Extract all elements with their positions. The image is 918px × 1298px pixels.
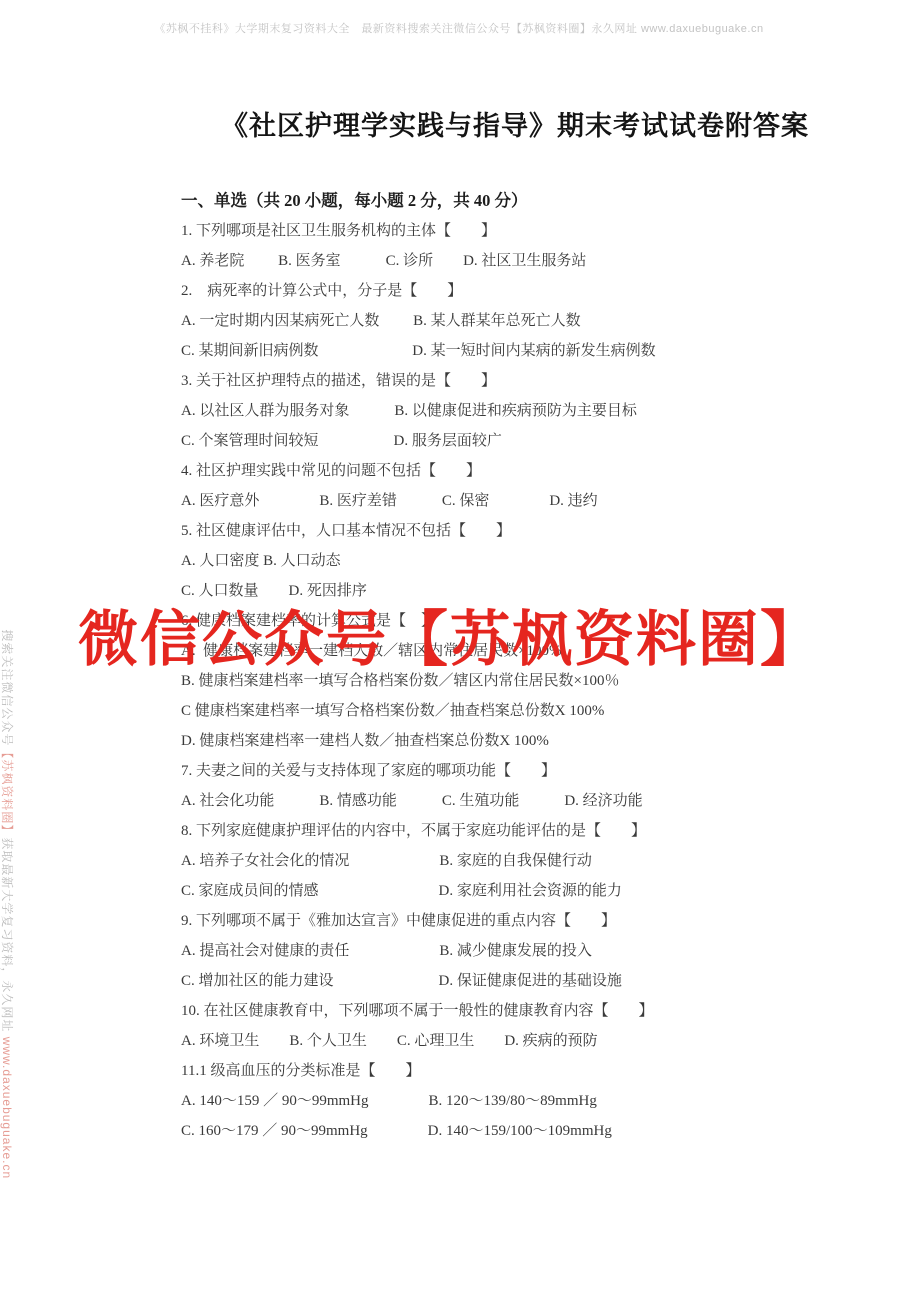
option-line: C. 家庭成员间的情感 D. 家庭利用社会资源的能力	[181, 876, 781, 906]
question-stem: 9. 下列哪项不属于《雅加达宣言》中健康促进的重点内容【 】	[181, 906, 781, 936]
question-stem: 4. 社区护理实践中常见的问题不包括【 】	[181, 456, 781, 486]
option-line: A. 医疗意外 B. 医疗差错 C. 保密 D. 违约	[181, 486, 781, 516]
question-stem: 11.1 级高血压的分类标准是【 】	[181, 1056, 781, 1086]
question-stem: 8. 下列家庭健康护理评估的内容中，不属于家庭功能评估的是【 】	[181, 816, 781, 846]
option-line: C. 某期间新旧病例数 D. 某一短时间内某病的新发生病例数	[181, 336, 781, 366]
option-line: A. 社会化功能 B. 情感功能 C. 生殖功能 D. 经济功能	[181, 786, 781, 816]
option-line: C. 增加社区的能力建设 D. 保证健康促进的基础设施	[181, 966, 781, 996]
option-line: A. 140～159 ／ 90～99mmHg B. 120～139/80～89m…	[181, 1086, 781, 1116]
option-line: A. 人口密度 B. 人口动态	[181, 546, 781, 576]
option-line: C. 个案管理时间较短 D. 服务层面较广	[181, 426, 781, 456]
option-line: D. 健康档案建档率一建档人数／抽查档案总份数X 100%	[181, 726, 781, 756]
question-stem: 2. 病死率的计算公式中，分子是【 】	[181, 276, 781, 306]
side-note: 搜索关注微信公众号【苏枫资料圈】获取最新大学复习资料，永久网址 www.daxu…	[0, 612, 30, 1179]
question-stem: 3. 关于社区护理特点的描述，错误的是【 】	[181, 366, 781, 396]
question-stem: 1. 下列哪项是社区卫生服务机构的主体【 】	[181, 216, 781, 246]
option-line: A. 环境卫生 B. 个人卫生 C. 心理卫生 D. 疾病的预防	[181, 1026, 781, 1056]
red-watermark: 微信公众号【苏枫资料圈】	[78, 592, 822, 678]
question-stem: 7. 夫妻之间的关爱与支持体现了家庭的哪项功能【 】	[181, 756, 781, 786]
option-line: A. 养老院 B. 医务室 C. 诊所 D. 社区卫生服务站	[181, 246, 781, 276]
option-line: C 健康档案建档率一填写合格档案份数／抽查档案总份数X 100%	[181, 696, 781, 726]
question-stem: 5. 社区健康评估中，人口基本情况不包括【 】	[181, 516, 781, 546]
side-note-text: 搜索关注微信公众号	[0, 629, 14, 746]
option-line: A. 提高社会对健康的责任 B. 减少健康发展的投入	[181, 936, 781, 966]
exam-title: 《社区护理学实践与指导》期末考试试卷附答案	[0, 104, 918, 143]
option-line: A. 培养子女社会化的情况 B. 家庭的自我保健行动	[181, 846, 781, 876]
document-page: 《苏枫不挂科》大学期末复习资料大全 最新资料搜索关注微信公众号【苏枫资料圈】永久…	[0, 0, 918, 1298]
option-line: A. 以社区人群为服务对象 B. 以健康促进和疾病预防为主要目标	[181, 396, 781, 426]
option-line: A. 一定时期内因某病死亡人数 B. 某人群某年总死亡人数	[181, 306, 781, 336]
question-stem: 10. 在社区健康教育中，下列哪项不属于一般性的健康教育内容【 】	[181, 996, 781, 1026]
side-note-brand: 【苏枫资料圈】	[0, 746, 14, 837]
header-note: 《苏枫不挂科》大学期末复习资料大全 最新资料搜索关注微信公众号【苏枫资料圈】永久…	[0, 20, 918, 36]
side-note-url: www.daxuebuguake.cn	[0, 1037, 14, 1179]
section-heading: 一、单选（共 20 小题，每小题 2 分，共 40 分）	[181, 186, 781, 216]
option-line: C. 160～179 ／ 90～99mmHg D. 140～159/100～10…	[181, 1116, 781, 1146]
side-note-text: 获取最新大学复习资料，永久网址	[0, 837, 14, 1036]
